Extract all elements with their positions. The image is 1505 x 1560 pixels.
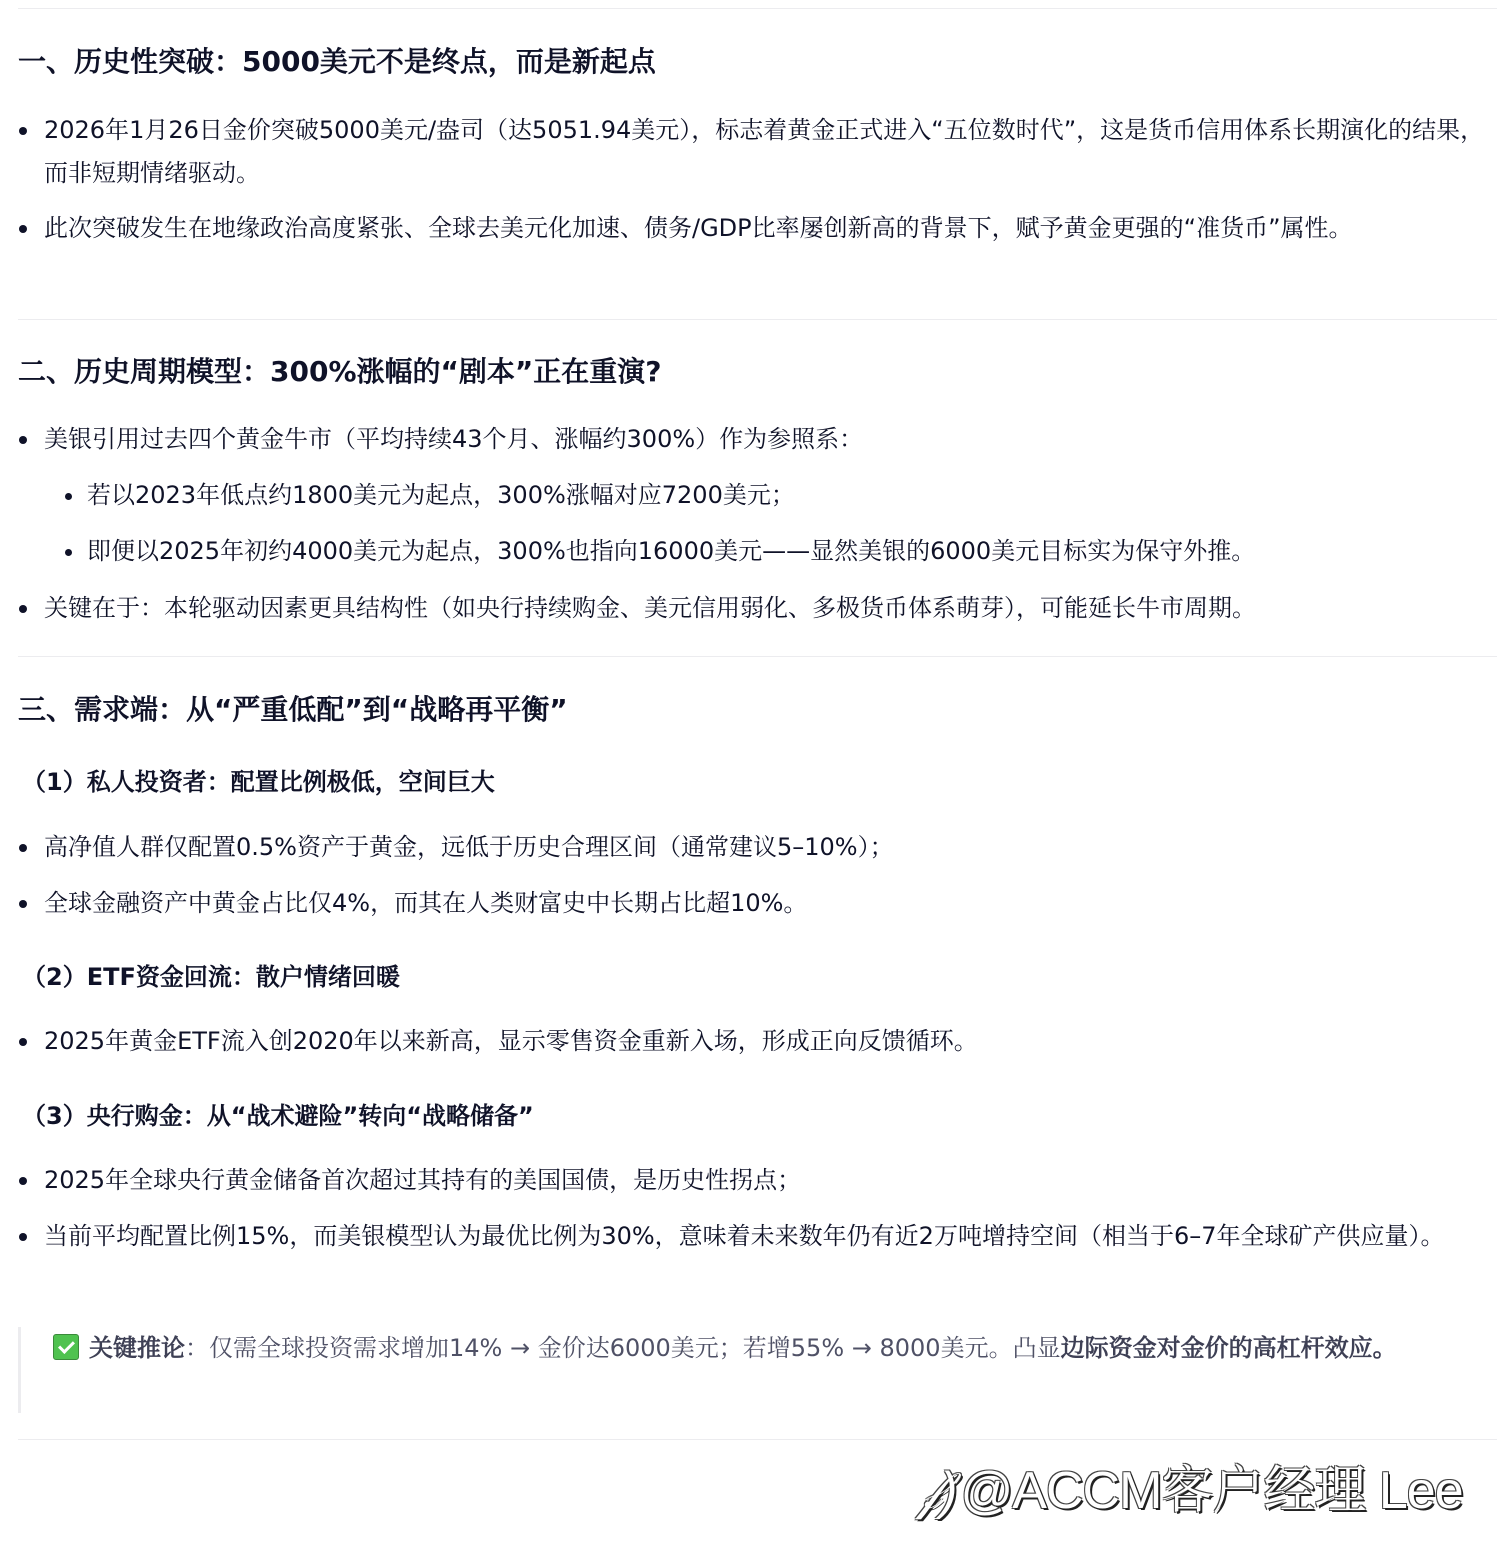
bullet-icon: [19, 1038, 27, 1046]
list-item: 2025年黄金ETF流入创2020年以来新高，显示零售资金重新入场，形成正向反馈…: [44, 1020, 1491, 1063]
divider: [18, 319, 1497, 320]
weibo-logo-icon: 𝒻): [918, 1462, 957, 1520]
bullet-icon: [19, 127, 27, 135]
quote-text: 关键推论：仅需全球投资需求增加14% → 金价达6000美元；若增55% → 8…: [53, 1327, 1461, 1370]
bullet-icon: [65, 493, 72, 500]
bullet-icon: [19, 1233, 27, 1241]
section-heading-2: 二、历史周期模型：300%涨幅的“剧本”正在重演?: [18, 350, 662, 390]
quote-label: 关键推论: [89, 1334, 185, 1362]
check-mark-button-icon: [53, 1334, 79, 1360]
list-item: 2025年全球央行黄金储备首次超过其持有的美国国债，是历史性拐点；: [44, 1159, 1491, 1202]
subsection-heading-1: （1）私人投资者：配置比例极低，空间巨大: [22, 762, 495, 797]
subsection-heading-3: （3）央行购金：从“战术避险”转向“战略储备”: [22, 1096, 534, 1131]
sub-list-item: 若以2023年低点约1800美元为起点，300%涨幅对应7200美元；: [87, 474, 1491, 517]
bullet-icon: [19, 844, 27, 852]
list-item: 全球金融资产中黄金占比仅4%，而其在人类财富史中长期占比超10%。: [44, 882, 1491, 925]
divider: [18, 656, 1497, 657]
bullet-icon: [65, 549, 72, 556]
list-item: 2026年1月26日金价突破5000美元/盎司（达5051.94美元），标志着黄…: [44, 109, 1491, 195]
list-item: 当前平均配置比例15%，而美银模型认为最优比例为30%，意味着未来数年仍有近2万…: [44, 1215, 1491, 1258]
bullet-icon: [19, 900, 27, 908]
quote-emphasis: 边际资金对金价的高杠杆效应。: [1061, 1334, 1397, 1362]
bullet-icon: [19, 436, 27, 444]
divider: [18, 1439, 1497, 1440]
bullet-icon: [19, 605, 27, 613]
quote-body: ：仅需全球投资需求增加14% → 金价达6000美元；若增55% → 8000美…: [185, 1334, 1061, 1362]
section-heading-3: 三、需求端：从“严重低配”到“战略再平衡”: [18, 688, 568, 728]
key-conclusion-quote: 关键推论：仅需全球投资需求增加14% → 金价达6000美元；若增55% → 8…: [18, 1327, 1471, 1413]
section-heading-1: 一、历史性突破：5000美元不是终点，而是新起点: [18, 40, 656, 80]
watermark-text: @ACCM客户经理 Lee: [961, 1462, 1463, 1520]
list-item: 此次突破发生在地缘政治高度紧张、全球去美元化加速、债务/GDP比率屡创新高的背景…: [44, 207, 1491, 250]
subsection-heading-2: （2）ETF资金回流：散户情绪回暖: [22, 957, 400, 992]
sub-list-item: 即便以2025年初约4000美元为起点，300%也指向16000美元——显然美银…: [87, 530, 1491, 573]
list-item: 关键在于：本轮驱动因素更具结构性（如央行持续购金、美元信用弱化、多极货币体系萌芽…: [44, 587, 1491, 630]
divider-top: [18, 8, 1497, 9]
watermark: 𝒻)@ACCM客户经理 Lee: [918, 1448, 1463, 1523]
list-item: 美银引用过去四个黄金牛市（平均持续43个月、涨幅约300%）作为参照系：: [44, 418, 1491, 461]
list-item: 高净值人群仅配置0.5%资产于黄金，远低于历史合理区间（通常建议5–10%）；: [44, 826, 1491, 869]
bullet-icon: [19, 225, 27, 233]
bullet-icon: [19, 1177, 27, 1185]
